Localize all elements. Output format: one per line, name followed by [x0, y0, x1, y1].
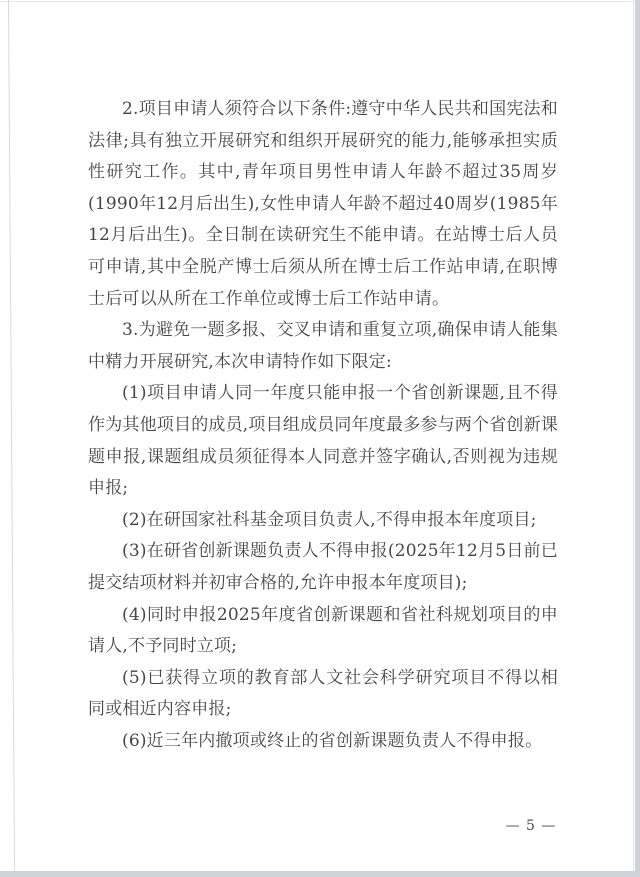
document-viewer: 2.项目申请人须符合以下条件:遵守中华人民共和国宪法和法律;具有独立开展研究和组…: [0, 0, 640, 877]
page-edge-right: [633, 0, 634, 871]
viewer-gutter-bottom: [0, 871, 640, 877]
restriction-item-2: (2)在研国家社科基金项目负责人,不得申报本年度项目;: [88, 505, 558, 537]
viewer-gutter-right: [635, 0, 640, 877]
document-body-text: 2.项目申请人须符合以下条件:遵守中华人民共和国宪法和法律;具有独立开展研究和组…: [88, 94, 558, 757]
document-page: 2.项目申请人须符合以下条件:遵守中华人民共和国宪法和法律;具有独立开展研究和组…: [0, 0, 635, 871]
page-number: — 5 —: [470, 818, 592, 834]
restriction-item-3: (3)在研省创新课题负责人不得申报(2025年12月5日前已提交结项材料并初审合…: [88, 536, 558, 599]
page-edge-left: [8, 0, 15, 873]
paragraph-applicant-conditions: 2.项目申请人须符合以下条件:遵守中华人民共和国宪法和法律;具有独立开展研究和组…: [88, 94, 558, 315]
restriction-item-4: (4)同时申报2025年度省创新课题和省社科规划项目的申请人,不予同时立项;: [88, 600, 558, 663]
restriction-item-6: (6)近三年内撤项或终止的省创新课题负责人不得申报。: [88, 726, 558, 758]
paragraph-restrictions-intro: 3.为避免一题多报、交叉申请和重复立项,确保申请人能集中精力开展研究,本次申请特…: [88, 315, 558, 378]
page-edge-top: [0, 1, 635, 2]
restriction-item-5: (5)已获得立项的教育部人文社会科学研究项目不得以相同或相近内容申报;: [88, 663, 558, 726]
restriction-item-1: (1)项目申请人同一年度只能申报一个省创新课题,且不得作为其他项目的成员,项目组…: [88, 378, 558, 504]
